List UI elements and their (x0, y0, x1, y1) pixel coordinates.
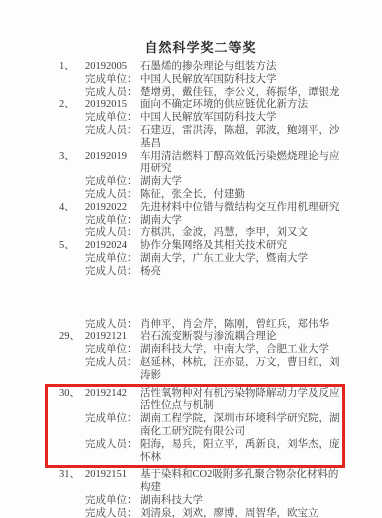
entry-person-row: 完成人员： 陈征，张全长，付建勤 (59, 189, 342, 202)
entry-unit: 湖南大学，广东工业大学，暨南大学 (140, 253, 340, 266)
entry-unit-row: 完成单位： 中国人民解放军国防科技大学 (59, 112, 342, 125)
section-gap (59, 279, 342, 319)
orphan-person-row: 完成人员： 肖伸平，肖会芹，陈刚，曾红兵，郑伟华 (59, 319, 342, 332)
entry-unit: 中国人民解放军国防科技大学 (140, 112, 340, 125)
col-spacer (59, 266, 85, 279)
entry-number: 4、 (59, 202, 85, 215)
entry-unit: 湖南大学 (140, 176, 340, 189)
person-label: 完成人员： (85, 227, 140, 240)
col-spacer (59, 189, 85, 202)
person-label: 完成人员： (85, 319, 140, 332)
col-spacer (59, 125, 85, 151)
person-label: 完成人员： (85, 439, 140, 465)
col-spacer (59, 439, 85, 465)
unit-label: 完成单位： (85, 74, 140, 87)
entry-title-row: 31、 20192151 基于染料和CO2吸附多孔聚合物杂化材料的构建 (59, 469, 342, 495)
entry-unit-row: 完成单位： 湖南大学，广东工业大学，暨南大学 (59, 253, 342, 266)
entry-title: 活性氧物种对有机污染物降解动力学及反应活性位点与机制 (140, 388, 340, 414)
entry-unit: 湖南大学 (140, 215, 340, 228)
entry-person: 石建迈，雷洪涛，陈超，郭波，鲍翊平，沙基昌 (140, 125, 340, 151)
award-list-part1: 1、 20192005 石墨烯的掺杂理论与组装方法 完成单位： 中国人民解放军国… (59, 61, 342, 279)
unit-label: 完成单位： (85, 112, 140, 125)
col-spacer (59, 227, 85, 240)
entry-code: 20192022 (85, 202, 140, 215)
entry-title-row: 4、 20192022 先进材料中位错与微结构交互作用机理研究 (59, 202, 342, 215)
entry-title: 基于染料和CO2吸附多孔聚合物杂化材料的构建 (140, 469, 340, 495)
col-spacer (59, 319, 85, 332)
entry-unit: 湖南科技大学 (140, 495, 340, 508)
entry-unit-row: 完成单位： 湖南科技大学 (59, 495, 342, 508)
person-label: 完成人员： (85, 87, 140, 100)
entry-person-row: 完成人员： 石建迈，雷洪涛，陈超，郭波，鲍翊平，沙基昌 (59, 125, 342, 151)
person-label: 完成人员： (85, 508, 140, 518)
entry-title-row: 3、 20192019 车用清洁燃料丁醇高效低污染燃烧理论与应用研究 (59, 151, 342, 177)
award-entry-4: 4、 20192022 先进材料中位错与微结构交互作用机理研究 完成单位： 湖南… (59, 202, 342, 240)
col-spacer (59, 112, 85, 125)
award-entry-5: 5、 20192024 协作分集网络及其相关技术研究 完成单位： 湖南大学，广东… (59, 240, 342, 278)
award-entry-31: 31、 20192151 基于染料和CO2吸附多孔聚合物杂化材料的构建 完成单位… (59, 469, 342, 518)
entry-number: 30、 (59, 388, 85, 414)
entry-number: 2、 (59, 99, 85, 112)
entry-title-row: 30、 20192142 活性氧物种对有机污染物降解动力学及反应活性位点与机制 (59, 388, 342, 414)
unit-label: 完成单位： (85, 344, 140, 357)
award-entry-2: 2、 20192015 面向不确定环境的供应链优化新方法 完成单位： 中国人民解… (59, 99, 342, 150)
entry-title: 协作分集网络及其相关技术研究 (140, 240, 340, 253)
entry-title: 岩石流变断裂与渗流耦合理论 (140, 331, 340, 344)
person-label: 完成人员： (85, 189, 140, 202)
entry-person: 肖伸平，肖会芹，陈刚，曾红兵，郑伟华 (140, 319, 340, 332)
entry-person: 方棋洪，金波，冯慧，李甲，刘又文 (140, 227, 340, 240)
entry-title: 车用清洁燃料丁醇高效低污染燃烧理论与应用研究 (140, 151, 340, 177)
col-spacer (59, 508, 85, 518)
document-page: 自然科学奖二等奖 1、 20192005 石墨烯的掺杂理论与组装方法 完成单位：… (0, 0, 382, 518)
col-spacer (59, 344, 85, 357)
entry-person-row: 完成人员： 赵延林，林杭，汪亦显，万文，曹日红，刘涛影 (59, 357, 342, 383)
entry-unit-row: 完成单位： 湖南大学 (59, 176, 342, 189)
unit-label: 完成单位： (85, 253, 140, 266)
entry-number: 31、 (59, 469, 85, 495)
person-label: 完成人员： (85, 357, 140, 383)
col-spacer (59, 495, 85, 508)
entry-unit: 湖南工程学院，深圳市环境科学研究院，湖南化工研究院有限公司 (140, 413, 340, 439)
entry-code: 20192142 (85, 388, 140, 414)
award-entry-30-highlighted: 30、 20192142 活性氧物种对有机污染物降解动力学及反应活性位点与机制 … (45, 384, 345, 469)
col-spacer (59, 357, 85, 383)
entry-unit-row: 完成单位： 湖南工程学院，深圳市环境科学研究院，湖南化工研究院有限公司 (59, 413, 342, 439)
entry-person: 赵延林，林杭，汪亦显，万文，曹日红，刘涛影 (140, 357, 340, 383)
col-spacer (59, 215, 85, 228)
entry-title-row: 5、 20192024 协作分集网络及其相关技术研究 (59, 240, 342, 253)
award-entry-3: 3、 20192019 车用清洁燃料丁醇高效低污染燃烧理论与应用研究 完成单位：… (59, 151, 342, 202)
entry-person: 楚增勇，戴佳钰，李公义，蒋振华，谭银龙 (140, 87, 340, 100)
entry-number: 29、 (59, 331, 85, 344)
award-list-part2: 完成人员： 肖伸平，肖会芹，陈刚，曾红兵，郑伟华 29、 20192121 岩石… (59, 319, 342, 518)
entry-code: 20192015 (85, 99, 140, 112)
entry-unit-row: 完成单位： 湖南科技大学，中南大学，合肥工业大学 (59, 344, 342, 357)
entry-person-row: 完成人员： 杨亮 (59, 266, 342, 279)
entry-unit: 中国人民解放军国防科技大学 (140, 74, 340, 87)
entry-code: 20192005 (85, 61, 140, 74)
entry-title-row: 2、 20192015 面向不确定环境的供应链优化新方法 (59, 99, 342, 112)
entry-person: 刘清泉，刘欢，廖博，周智华，欧宝立 (140, 508, 340, 518)
entry-code: 20192019 (85, 151, 140, 177)
col-spacer (59, 176, 85, 189)
entry-unit-row: 完成单位： 湖南大学 (59, 215, 342, 228)
entry-person: 阳海，易兵，阳立平，禹新良，刘华杰，庞怀林 (140, 439, 340, 465)
entry-title: 先进材料中位错与微结构交互作用机理研究 (140, 202, 340, 215)
page-title: 自然科学奖二等奖 (59, 41, 342, 55)
col-spacer (59, 253, 85, 266)
person-label: 完成人员： (85, 125, 140, 151)
award-entry-1: 1、 20192005 石墨烯的掺杂理论与组装方法 完成单位： 中国人民解放军国… (59, 61, 342, 99)
entry-person-row: 完成人员： 刘清泉，刘欢，廖博，周智华，欧宝立 (59, 508, 342, 518)
col-spacer (59, 413, 85, 439)
unit-label: 完成单位： (85, 413, 140, 439)
entry-person: 陈征，张全长，付建勤 (140, 189, 340, 202)
entry-number: 5、 (59, 240, 85, 253)
entry-code: 20192121 (85, 331, 140, 344)
col-spacer (59, 87, 85, 100)
award-entry-29: 29、 20192121 岩石流变断裂与渗流耦合理论 完成单位： 湖南科技大学，… (59, 331, 342, 382)
entry-code: 20192151 (85, 469, 140, 495)
entry-title-row: 1、 20192005 石墨烯的掺杂理论与组装方法 (59, 61, 342, 74)
col-spacer (59, 74, 85, 87)
entry-unit: 湖南科技大学，中南大学，合肥工业大学 (140, 344, 340, 357)
unit-label: 完成单位： (85, 176, 140, 189)
person-label: 完成人员： (85, 266, 140, 279)
entry-title-row: 29、 20192121 岩石流变断裂与渗流耦合理论 (59, 331, 342, 344)
entry-person: 杨亮 (140, 266, 340, 279)
entry-person-row: 完成人员： 方棋洪，金波，冯慧，李甲，刘又文 (59, 227, 342, 240)
unit-label: 完成单位： (85, 215, 140, 228)
unit-label: 完成单位： (85, 495, 140, 508)
entry-unit-row: 完成单位： 中国人民解放军国防科技大学 (59, 74, 342, 87)
entry-title: 面向不确定环境的供应链优化新方法 (140, 99, 340, 112)
entry-title: 石墨烯的掺杂理论与组装方法 (140, 61, 340, 74)
entry-person-row: 完成人员： 楚增勇，戴佳钰，李公义，蒋振华，谭银龙 (59, 87, 342, 100)
entry-number: 1、 (59, 61, 85, 74)
entry-person-row: 完成人员： 阳海，易兵，阳立平，禹新良，刘华杰，庞怀林 (59, 439, 342, 465)
entry-number: 3、 (59, 151, 85, 177)
entry-code: 20192024 (85, 240, 140, 253)
